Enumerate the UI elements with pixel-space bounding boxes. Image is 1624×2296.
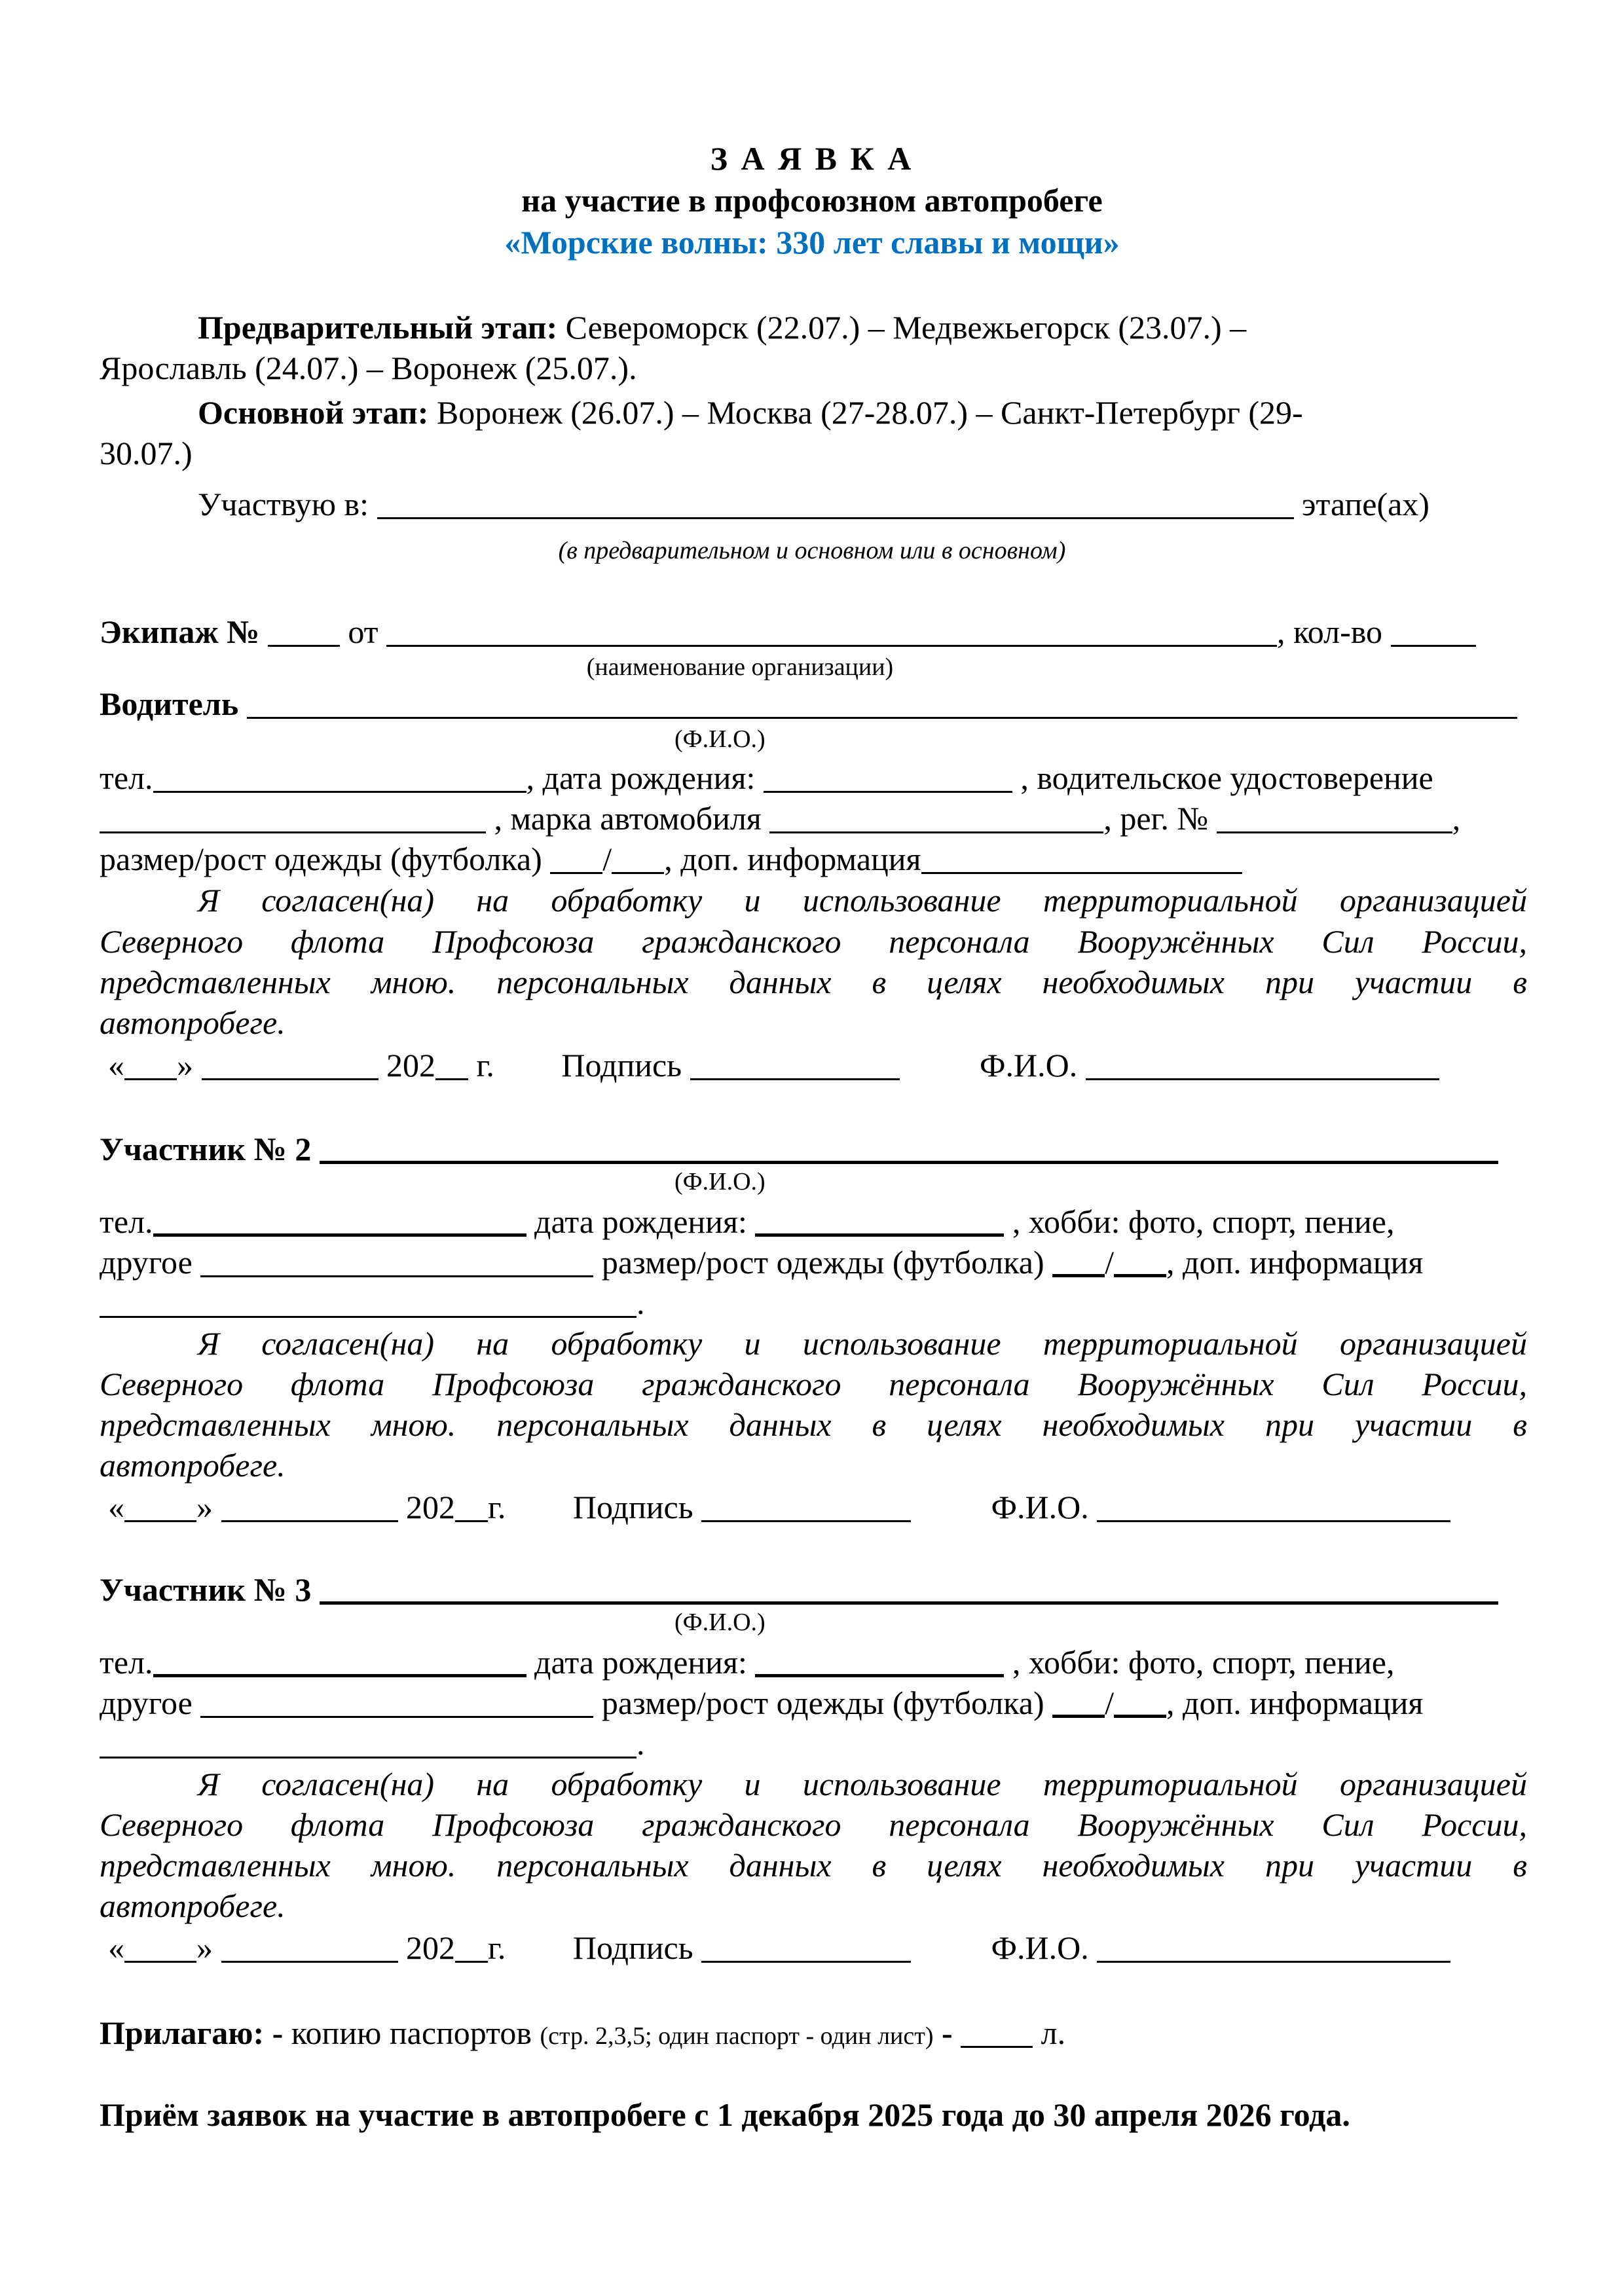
crew-number-field[interactable] (268, 616, 340, 647)
fio-label: Ф.И.О. (991, 1489, 1089, 1525)
driver-size-row: размер/рост одежды (футболка) /, доп. ин… (100, 839, 1527, 879)
deadline-notice: Приём заявок на участие в автопробеге с … (100, 2095, 1527, 2134)
driver-label: Водитель (100, 685, 238, 722)
organization-hint: (наименование организации) (0, 652, 1480, 682)
p3-consent-line-1: Я согласен(на) на обработку и использова… (100, 1764, 1527, 1804)
car-brand-field[interactable] (769, 803, 1103, 833)
attachments-row: Прилагаю: - копию паспортов (стр. 2,3,5;… (100, 2013, 1527, 2052)
participant-3-other-field[interactable] (200, 1687, 593, 1718)
quote-open: « (108, 1489, 124, 1525)
crew-from-label: от (348, 613, 378, 650)
sign-label: Подпись (573, 1489, 693, 1525)
participant-2-signature-row: «» 202г. Подпись Ф.И.О. (108, 1487, 1536, 1527)
p3-month-field[interactable] (221, 1932, 398, 1963)
participant-2-extra-field[interactable] (100, 1287, 637, 1318)
main-stage-cont: 30.07.) (100, 433, 1527, 473)
driver-phone-field[interactable] (153, 762, 526, 793)
slash: / (602, 841, 612, 877)
p3-other-label: другое (100, 1685, 193, 1721)
p3-day-field[interactable] (124, 1932, 196, 1963)
quote-close: » (196, 1929, 213, 1966)
quote-open: « (108, 1047, 124, 1084)
driver-row: Водитель (100, 684, 1527, 723)
fio-label: Ф.И.О. (980, 1047, 1077, 1084)
p2-consent-line-4: автопробеге. (100, 1446, 1527, 1485)
driver-car-row: , марка автомобиля , рег. № , (100, 799, 1527, 838)
main-stage-label: Основной этап: (198, 394, 428, 431)
year-prefix: 202 (386, 1047, 435, 1084)
participant-2-other-field[interactable] (200, 1247, 593, 1277)
sheets-unit: л. (1033, 2014, 1065, 2051)
consent-line-1: Я согласен(на) на обработку и использова… (100, 881, 1527, 920)
driver-signature-row: «» 202 г. Подпись Ф.И.О. (108, 1046, 1536, 1085)
p2-signature-field[interactable] (701, 1491, 911, 1522)
driver-contacts-row: тел., дата рождения: , водительское удос… (100, 758, 1527, 797)
p3-extra-label: , доп. информация (1166, 1685, 1423, 1721)
participant-3-size-field[interactable] (1052, 1686, 1105, 1718)
consent-line-4: автопробеге. (100, 1003, 1527, 1042)
participate-row: Участвую в: этапе(ах) (100, 484, 1527, 524)
participate-hint: (в предварительном и основном или в осно… (0, 536, 1624, 566)
p2-year-field[interactable] (455, 1491, 488, 1522)
driver-signature-fio-field[interactable] (1086, 1049, 1439, 1080)
driver-phone-label: тел. (100, 759, 153, 796)
participant-3-label: Участник № 3 (100, 1571, 311, 1608)
driver-fio-field[interactable] (247, 688, 1517, 719)
driver-extra-field[interactable] (921, 843, 1242, 874)
participant-3-height-field[interactable] (1114, 1686, 1166, 1718)
p3-year-field[interactable] (455, 1932, 488, 1963)
participant-3-birth-field[interactable] (755, 1645, 1004, 1677)
p3-consent-line-2: Северного флота Профсоюза гражданского п… (100, 1805, 1527, 1844)
consent-line-3: представленных мною. персональных данных… (100, 962, 1527, 1002)
slash: / (1105, 1244, 1114, 1281)
participant-3-contacts: тел. дата рождения: , хобби: фото, спорт… (100, 1643, 1527, 1682)
preliminary-stage-label: Предварительный этап: (198, 309, 557, 346)
participant-2-extra-row: . (100, 1283, 1527, 1322)
participate-suffix: этапе(ах) (1302, 486, 1430, 522)
participant-3-other-row: другое размер/рост одежды (футболка) /, … (100, 1683, 1527, 1722)
participant-2-fio-field[interactable] (320, 1132, 1498, 1164)
attachments-label: Прилагаю: (100, 2014, 264, 2051)
crew-row: Экипаж № от , кол-во (100, 612, 1527, 651)
p3-size-label: размер/рост одежды (футболка) (602, 1685, 1044, 1721)
year-prefix: 202 (406, 1929, 455, 1966)
p3-birth-label: дата рождения: (534, 1644, 747, 1681)
participant-2-other-row: другое размер/рост одежды (футболка) /, … (100, 1243, 1527, 1282)
document-title: З А Я В К А (0, 139, 1624, 178)
participant-3-row: Участник № 3 (100, 1570, 1527, 1609)
organization-field[interactable] (386, 616, 1277, 647)
p2-other-label: другое (100, 1244, 193, 1281)
participant-3-phone-field[interactable] (153, 1645, 526, 1677)
end: . (637, 1285, 645, 1321)
main-stage: Основной этап: Воронеж (26.07.) – Москва… (100, 393, 1527, 432)
p2-signature-fio-field[interactable] (1097, 1491, 1450, 1522)
p2-extra-label: , доп. информация (1166, 1244, 1423, 1281)
driver-fio-hint: (Ф.И.О.) (674, 724, 805, 754)
participant-3-extra-field[interactable] (100, 1728, 637, 1758)
quote-close: » (177, 1047, 193, 1084)
driver-birth-field[interactable] (764, 762, 1012, 793)
driver-birth-label: , дата рождения: (526, 759, 756, 796)
p2-consent-line-3: представленных мною. персональных данных… (100, 1405, 1527, 1444)
driver-car-label: , марка автомобиля (494, 800, 762, 837)
participant-3-fio-field[interactable] (320, 1573, 1498, 1605)
crew-count-label: , кол-во (1277, 613, 1382, 650)
driver-month-field[interactable] (202, 1049, 378, 1080)
p2-day-field[interactable] (124, 1491, 196, 1522)
driver-size-field[interactable] (550, 843, 602, 874)
p2-size-label: размер/рост одежды (футболка) (602, 1244, 1044, 1281)
p3-signature-field[interactable] (701, 1932, 911, 1963)
crew-label: Экипаж № (100, 613, 259, 650)
dash: - (934, 2014, 961, 2051)
participate-label: Участвую в: (198, 486, 369, 522)
p3-signature-fio-field[interactable] (1097, 1932, 1450, 1963)
p3-consent-line-3: представленных мною. персональных данных… (100, 1846, 1527, 1885)
driver-license-field[interactable] (100, 803, 486, 833)
participant-2-contacts: тел. дата рождения: , хобби: фото, спорт… (100, 1202, 1527, 1241)
participant-2-fio-hint: (Ф.И.О.) (674, 1167, 805, 1197)
year-prefix: 202 (406, 1489, 455, 1525)
p2-phone-label: тел. (100, 1203, 153, 1240)
participant-2-row: Участник № 2 (100, 1129, 1527, 1169)
driver-size-label: размер/рост одежды (футболка) (100, 841, 542, 877)
participant-3-fio-hint: (Ф.И.О.) (674, 1607, 805, 1637)
p2-consent-line-2: Северного флота Профсоюза гражданского п… (100, 1364, 1527, 1404)
p3-hobby-label: , хобби: фото, спорт, пение, (1012, 1644, 1395, 1681)
preliminary-stage: Предварительный этап: Североморск (22.07… (100, 308, 1527, 347)
driver-height-field[interactable] (612, 843, 664, 874)
main-stage-route: Воронеж (26.07.) – Москва (27-28.07.) – … (428, 394, 1302, 431)
participant-2-phone-field[interactable] (153, 1205, 526, 1237)
year-suffix: г. (488, 1489, 506, 1525)
participant-2-birth-field[interactable] (755, 1205, 1004, 1237)
slash: / (1105, 1685, 1114, 1721)
year-suffix: г. (477, 1047, 494, 1084)
participant-3-signature-row: «» 202г. Подпись Ф.И.О. (108, 1928, 1536, 1967)
p2-birth-label: дата рождения: (534, 1203, 747, 1240)
document-subtitle: на участие в профсоюзном автопробеге (0, 181, 1624, 220)
driver-signature-field[interactable] (690, 1049, 900, 1080)
attachments-text: копию паспортов (291, 2014, 540, 2051)
participate-stage-field[interactable] (377, 488, 1294, 519)
p3-phone-label: тел. (100, 1644, 153, 1681)
driver-day-field[interactable] (124, 1049, 177, 1080)
participant-2-label: Участник № 2 (100, 1131, 311, 1167)
p3-consent-line-4: автопробеге. (100, 1886, 1527, 1925)
sign-label: Подпись (573, 1929, 693, 1966)
attachments-note: (стр. 2,3,5; один паспорт - один лист) (540, 2022, 933, 2050)
end: . (637, 1725, 645, 1762)
consent-line-2: Северного флота Профсоюза гражданского п… (100, 922, 1527, 961)
sheets-count-field[interactable] (961, 2017, 1033, 2048)
preliminary-stage-route: Североморск (22.07.) – Медвежьегорск (23… (557, 309, 1246, 346)
participant-2-size-field[interactable] (1052, 1245, 1105, 1277)
reg-end: , (1452, 800, 1461, 837)
driver-license-label: , водительское удостоверение (1020, 759, 1433, 796)
preliminary-stage-cont: Ярославль (24.07.) – Воронеж (25.07.). (100, 348, 1527, 388)
sign-label: Подпись (561, 1047, 682, 1084)
driver-reg-label: , рег. № (1103, 800, 1208, 837)
quote-open: « (108, 1929, 124, 1966)
crew-count-field[interactable] (1391, 616, 1476, 647)
p2-consent-line-1: Я согласен(на) на обработку и использова… (100, 1324, 1527, 1363)
driver-extra-label: , доп. информация (664, 841, 921, 877)
participant-2-height-field[interactable] (1114, 1245, 1166, 1277)
driver-year-field[interactable] (435, 1049, 468, 1080)
p2-month-field[interactable] (221, 1491, 398, 1522)
quote-close: » (196, 1489, 213, 1525)
reg-number-field[interactable] (1217, 803, 1452, 833)
p2-hobby-label: , хобби: фото, спорт, пение, (1012, 1203, 1395, 1240)
event-name: «Морские волны: 330 лет славы и мощи» (0, 223, 1624, 262)
participant-3-extra-row: . (100, 1724, 1527, 1763)
year-suffix: г. (488, 1929, 506, 1966)
fio-label: Ф.И.О. (991, 1929, 1089, 1966)
dash: - (264, 2014, 291, 2051)
